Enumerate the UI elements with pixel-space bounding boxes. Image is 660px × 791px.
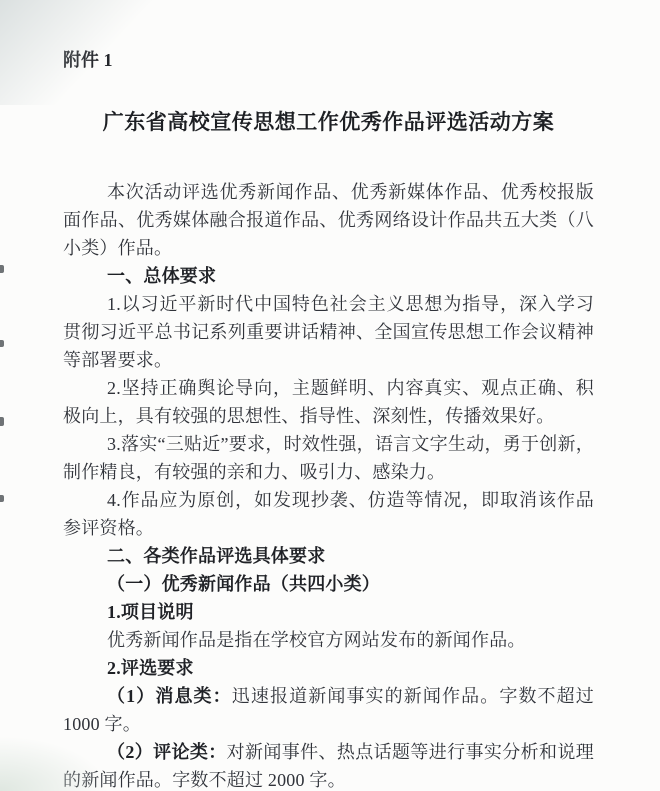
scan-edge-mark — [0, 417, 4, 426]
scan-edge-mark — [0, 340, 4, 347]
project-description-heading: 1.项目说明 — [63, 598, 594, 626]
section1-item: 3.落实“三贴近”要求，时效性强，语言文字生动，勇于创新，制作精良，有较强的亲和… — [63, 430, 594, 486]
section2-heading: 二、各类作品评选具体要求 — [63, 542, 594, 570]
intro-paragraph: 本次活动评选优秀新闻作品、优秀新媒体作品、优秀校报版面作品、优秀媒体融合报道作品… — [63, 178, 594, 262]
scan-edge-mark — [0, 495, 4, 502]
requirement-message-type: （1）消息类：迅速报道新闻事实的新闻作品。字数不超过 1000 字。 — [63, 682, 594, 738]
requirement-comment-type-label: （2）评论类： — [107, 742, 227, 762]
section1-item: 1.以习近平新时代中国特色社会主义思想为指导，深入学习贯彻习近平总书记系列重要讲… — [63, 290, 594, 374]
document-page: { "doc": { "attachment": "附件 1", "title"… — [0, 0, 660, 791]
selection-requirements-heading: 2.评选要求 — [63, 654, 594, 682]
section1-item: 2.坚持正确舆论导向，主题鲜明、内容真实、观点正确、积极向上，具有较强的思想性、… — [63, 374, 594, 430]
project-description-text: 优秀新闻作品是指在学校官方网站发布的新闻作品。 — [63, 626, 594, 654]
scan-edge-mark — [0, 265, 4, 273]
requirement-message-type-label: （1）消息类： — [107, 686, 232, 706]
document-title: 广东省高校宣传思想工作优秀作品评选活动方案 — [63, 108, 594, 136]
requirement-comment-type: （2）评论类：对新闻事件、热点话题等进行事实分析和说理的新闻作品。字数不超过 2… — [63, 738, 594, 791]
document-body: 本次活动评选优秀新闻作品、优秀新媒体作品、优秀校报版面作品、优秀媒体融合报道作品… — [63, 178, 594, 791]
attachment-label: 附件 1 — [63, 46, 660, 72]
subsection1-heading: （一）优秀新闻作品（共四小类） — [63, 570, 594, 598]
section1-item: 4.作品应为原创，如发现抄袭、仿造等情况，即取消该作品参评资格。 — [63, 486, 594, 542]
section1-heading: 一、总体要求 — [63, 262, 594, 290]
